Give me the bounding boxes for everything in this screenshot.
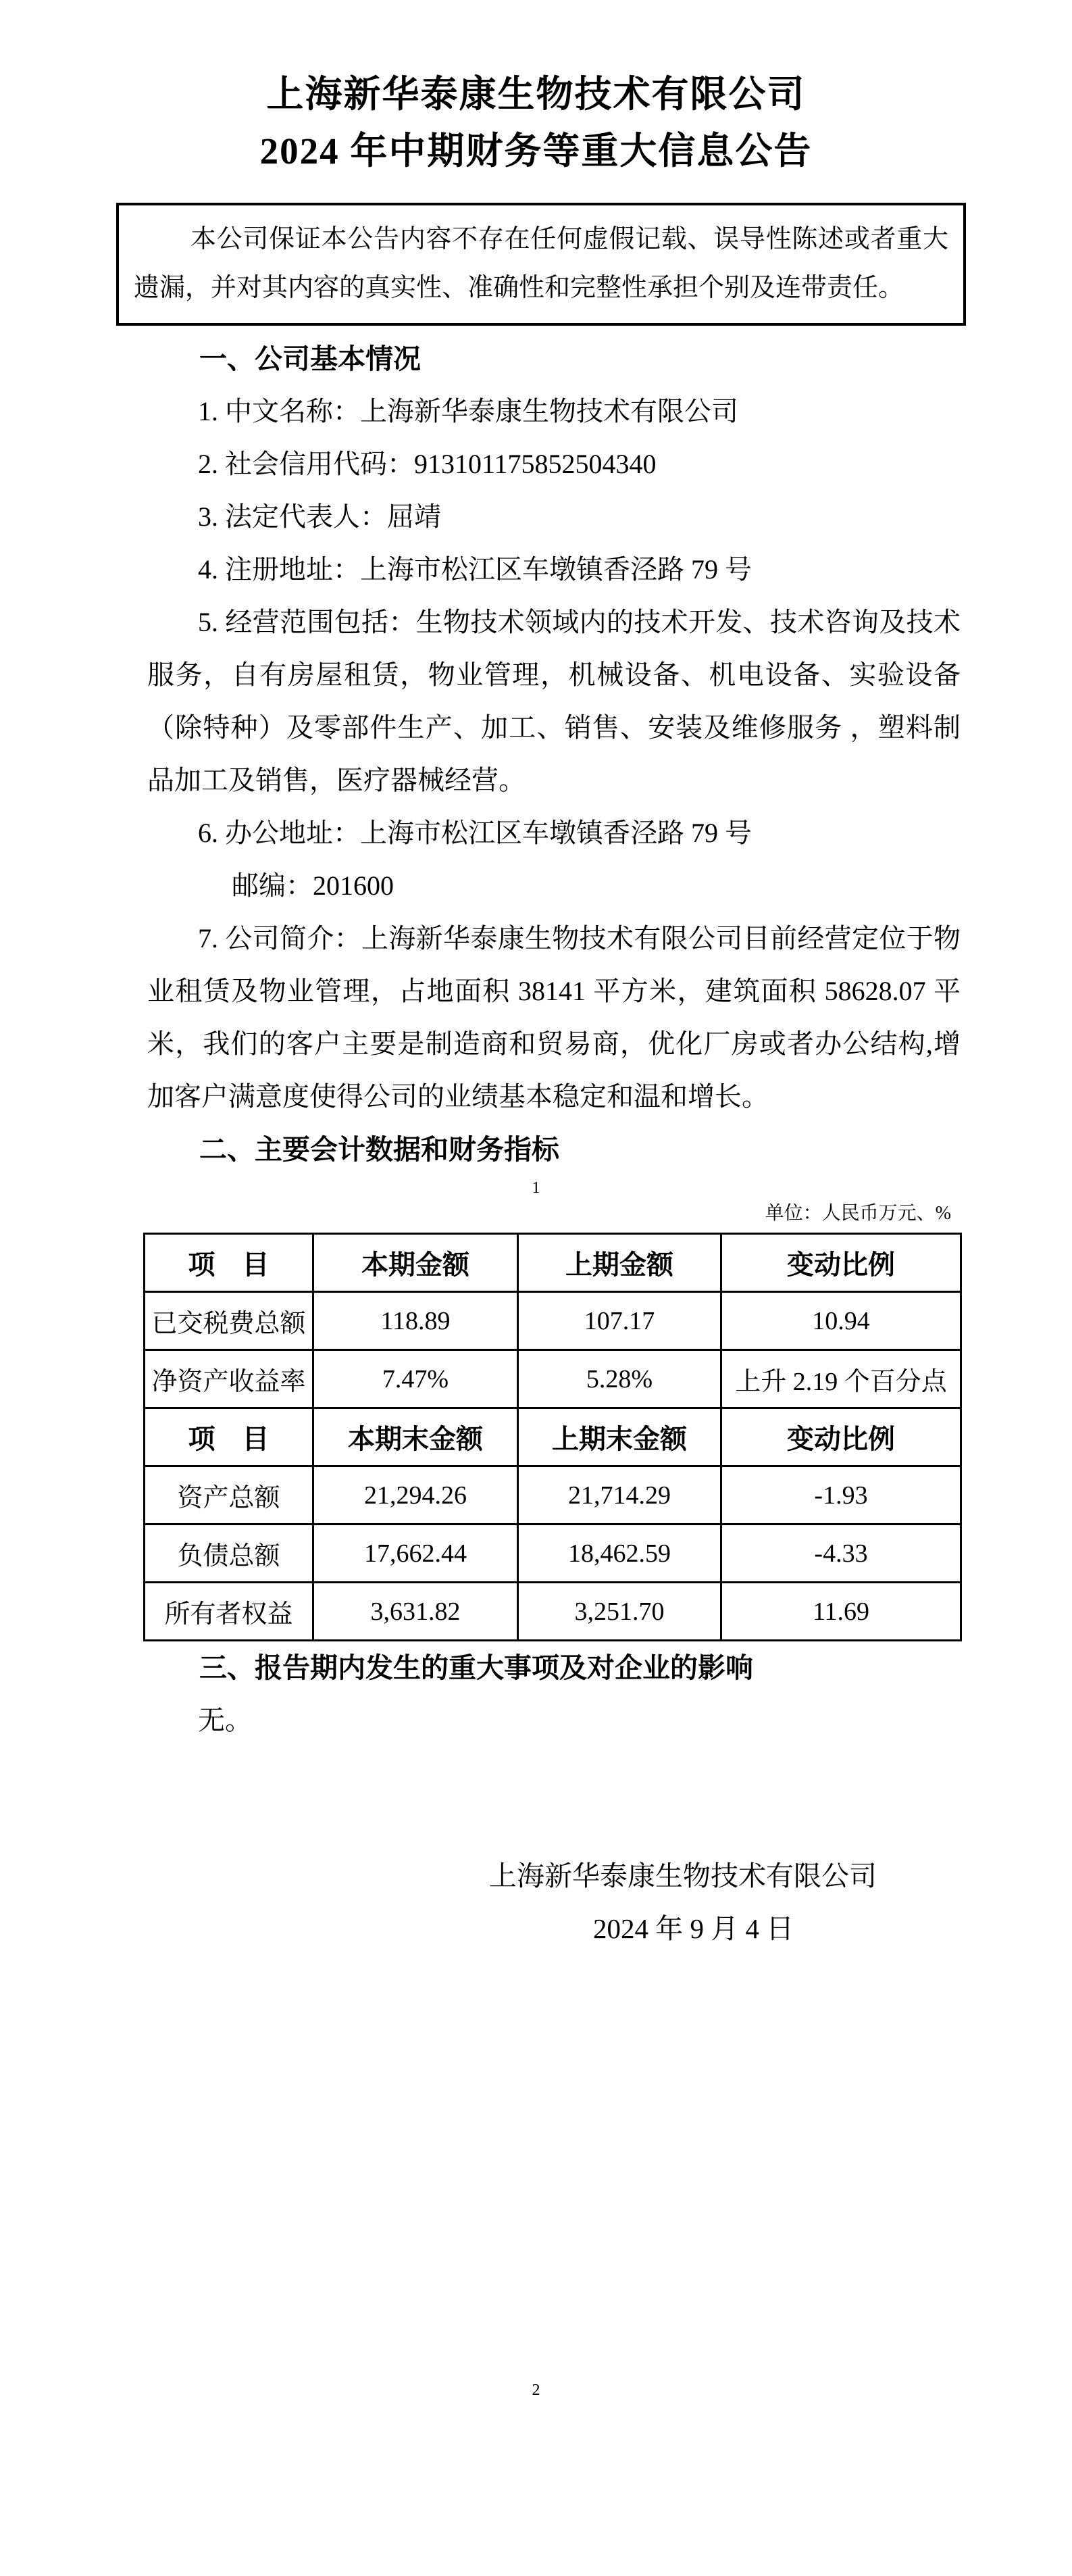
basic-info-item-office-address: 6. 办公地址：上海市松江区车墩镇香泾路 79 号: [147, 807, 961, 860]
basic-info-item-business-scope: 5. 经营范围包括：生物技术领域内的技术开发、技术咨询及技术服务，自有房屋租赁，…: [147, 596, 961, 807]
table-cell: 5.28%: [518, 1350, 721, 1408]
basic-info-item-company-profile: 7. 公司简介：上海新华泰康生物技术有限公司目前经营定位于物业租赁及物业管理，占…: [147, 912, 961, 1123]
table-row-label: 所有者权益: [145, 1583, 313, 1641]
table-cell: 上升 2.19 个百分点: [721, 1350, 961, 1408]
major-events-content: 无。: [147, 1694, 961, 1747]
document-title-line2: 2024 年中期财务等重大信息公告: [0, 123, 1072, 180]
basic-info-item-postcode: 邮编：201600: [147, 860, 961, 912]
document-title-line1: 上海新华泰康生物技术有限公司: [0, 66, 1072, 123]
table-cell: 3,251.70: [518, 1583, 721, 1641]
table-header-cell: 上期末金额: [518, 1408, 721, 1466]
table-unit-note: 单位：人民币万元、%: [0, 1202, 951, 1226]
table-end-header-row: 项 目 本期末金额 上期末金额 变动比例: [145, 1408, 961, 1466]
section-heading-financials: 二、主要会计数据和财务指标: [199, 1123, 961, 1176]
basic-info-item-registered-address: 4. 注册地址：上海市松江区车墩镇香泾路 79 号: [147, 543, 961, 596]
table-row-total-assets: 资产总额 21,294.26 21,714.29 -1.93: [145, 1466, 961, 1525]
table-period-header-row: 项 目 本期金额 上期金额 变动比例: [145, 1234, 961, 1292]
table-row-roe: 净资产收益率 7.47% 5.28% 上升 2.19 个百分点: [145, 1350, 961, 1408]
signature-date: 2024 年 9 月 4 日: [593, 1902, 1072, 1955]
table-row-label: 净资产收益率: [145, 1350, 313, 1408]
basic-info-item-credit-code: 2. 社会信用代码：913101175852504340: [147, 438, 961, 491]
table-cell: 10.94: [721, 1292, 961, 1350]
table-row-owners-equity: 所有者权益 3,631.82 3,251.70 11.69: [145, 1583, 961, 1641]
table-cell: -4.33: [721, 1525, 961, 1583]
table-cell: 7.47%: [313, 1350, 518, 1408]
signature-company: 上海新华泰康生物技术有限公司: [489, 1850, 1072, 1902]
disclaimer-box: 本公司保证本公告内容不存在任何虚假记载、误导性陈述或者重大遗漏，并对其内容的真实…: [116, 203, 966, 326]
table-row-label: 已交税费总额: [145, 1292, 313, 1350]
table-cell: 18,462.59: [518, 1525, 721, 1583]
table-cell: 17,662.44: [313, 1525, 518, 1583]
table-cell: -1.93: [721, 1466, 961, 1525]
table-header-cell: 变动比例: [721, 1234, 961, 1292]
table-header-cell: 本期金额: [313, 1234, 518, 1292]
table-row-label: 资产总额: [145, 1466, 313, 1525]
table-cell: 107.17: [518, 1292, 721, 1350]
section-heading-basic-info: 一、公司基本情况: [199, 332, 961, 385]
basic-info-item-chinese-name: 1. 中文名称：上海新华泰康生物技术有限公司: [147, 385, 961, 438]
table-cell: 118.89: [313, 1292, 518, 1350]
table-header-cell: 项 目: [145, 1234, 313, 1292]
table-row-label: 负债总额: [145, 1525, 313, 1583]
page-number-2: 2: [0, 2381, 1072, 2400]
table-row-taxes-paid: 已交税费总额 118.89 107.17 10.94: [145, 1292, 961, 1350]
table-header-cell: 本期末金额: [313, 1408, 518, 1466]
table-header-cell: 项 目: [145, 1408, 313, 1466]
table-header-cell: 上期金额: [518, 1234, 721, 1292]
page-number-1: 1: [0, 1179, 1072, 1197]
table-cell: 21,294.26: [313, 1466, 518, 1525]
financial-table: 项 目 本期金额 上期金额 变动比例 已交税费总额 118.89 107.17 …: [143, 1233, 962, 1641]
section-heading-major-events: 三、报告期内发生的重大事项及对企业的影响: [199, 1641, 961, 1694]
document-page: 上海新华泰康生物技术有限公司 2024 年中期财务等重大信息公告 本公司保证本公…: [0, 0, 1072, 2576]
table-cell: 21,714.29: [518, 1466, 721, 1525]
basic-info-item-legal-representative: 3. 法定代表人：屈靖: [147, 491, 961, 543]
table-cell: 3,631.82: [313, 1583, 518, 1641]
table-header-cell: 变动比例: [721, 1408, 961, 1466]
table-row-total-liabilities: 负债总额 17,662.44 18,462.59 -4.33: [145, 1525, 961, 1583]
table-cell: 11.69: [721, 1583, 961, 1641]
